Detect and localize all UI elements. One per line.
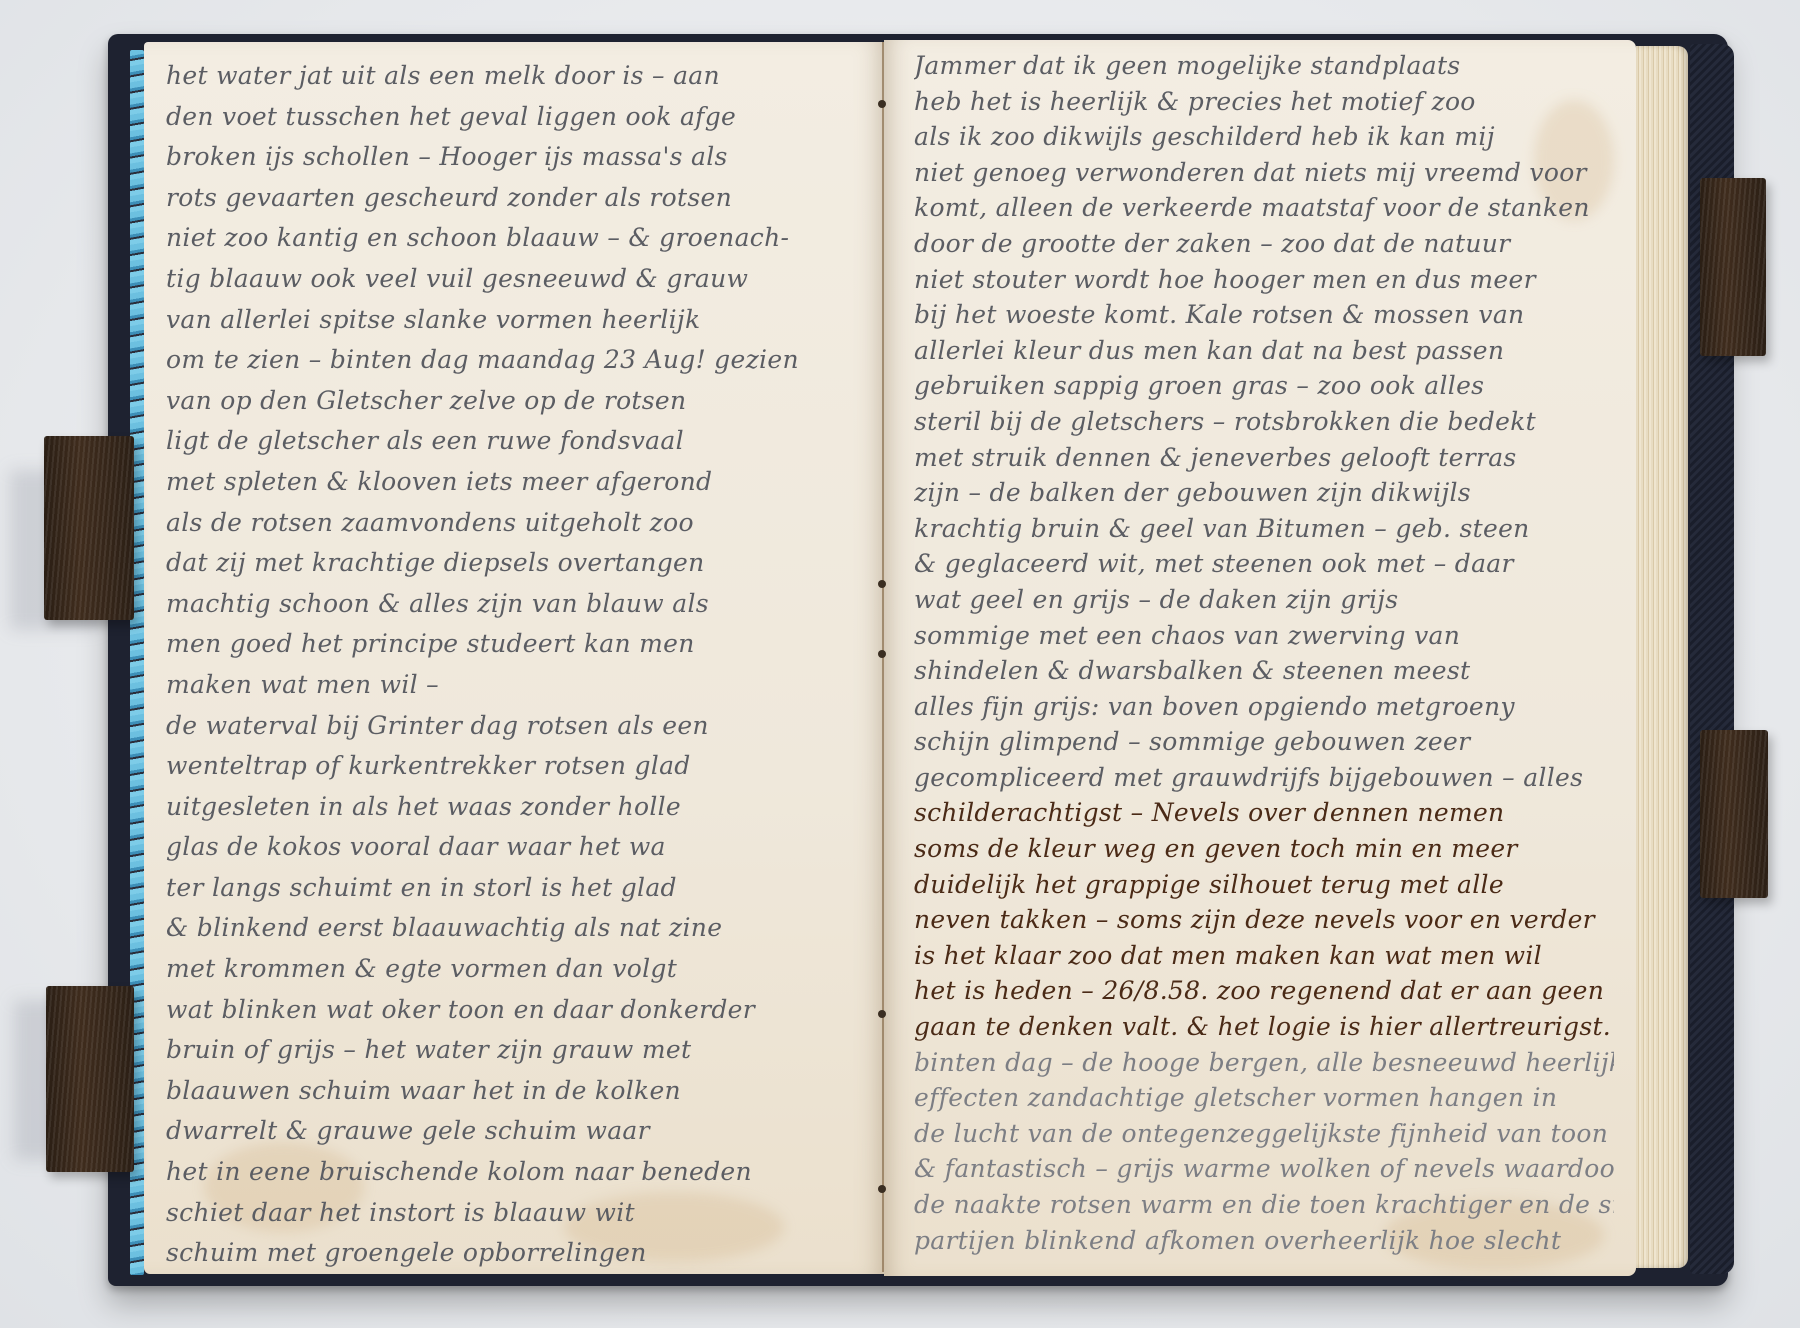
- handwritten-line: allerlei kleur dus men kan dat na best p…: [914, 333, 1614, 369]
- handwritten-line: het in eene bruischende kolom naar bened…: [166, 1152, 846, 1193]
- handwritten-line-ink: het is heden – 26/8.58. zoo regenend dat…: [914, 973, 1614, 1009]
- handwritten-line: schuim met groengele opborrelingen: [166, 1233, 846, 1274]
- handwritten-line: schiet daar het instort is blaauw wit: [166, 1193, 846, 1234]
- handwritten-line: & geglaceerd wit, met steenen ook met – …: [914, 546, 1614, 582]
- leather-clasp-right-lower: [1700, 730, 1768, 898]
- handwritten-line: effecten zandachtige gletscher vormen ha…: [914, 1080, 1614, 1116]
- handwritten-line: shindelen & dwarsbalken & steenen meest: [914, 653, 1614, 689]
- page-stack-edge: [1636, 46, 1688, 1268]
- handwritten-line: Jammer dat ik geen mogelijke standplaats: [914, 48, 1614, 84]
- handwritten-line: de waterval bij Grinter dag rotsen als e…: [166, 706, 846, 747]
- handwritten-line-ink: gaan te denken valt. & het logie is hier…: [914, 1009, 1614, 1045]
- handwritten-line: uitgesleten in als het waas zonder holle: [166, 787, 846, 828]
- handwritten-line: men goed het principe studeert kan men: [166, 624, 846, 665]
- handwritten-line: wat geel en grijs – de daken zijn grijs: [914, 582, 1614, 618]
- right-page-text: Jammer dat ik geen mogelijke standplaats…: [914, 48, 1614, 1258]
- binding-stitch: [878, 1010, 886, 1018]
- binding-stitch: [878, 650, 886, 658]
- left-page-text: het water jat uit als een melk door is –…: [166, 56, 846, 1274]
- handwritten-line: bruin of grijs – het water zijn grauw me…: [166, 1030, 846, 1071]
- handwritten-line: broken ijs schollen – Hooger ijs massa's…: [166, 137, 846, 178]
- leather-clasp-left-lower: [46, 986, 134, 1172]
- handwritten-line: rots gevaarten gescheurd zonder als rots…: [166, 178, 846, 219]
- handwritten-line: & blinkend eerst blaauwachtig als nat zi…: [166, 908, 846, 949]
- handwritten-line: krachtig bruin & geel van Bitumen – geb.…: [914, 511, 1614, 547]
- handwritten-line: & fantastisch – grijs warme wolken of ne…: [914, 1151, 1614, 1187]
- handwritten-line: partijen blinkend afkomen overheerlijk h…: [914, 1223, 1614, 1259]
- handwritten-line-ink: is het klaar zoo dat men maken kan wat m…: [914, 938, 1614, 974]
- handwritten-line: komt, alleen de verkeerde maatstaf voor …: [914, 190, 1614, 226]
- handwritten-line: tig blaauw ook veel vuil gesneeuwd & gra…: [166, 259, 846, 300]
- handwritten-line: als ik zoo dikwijls geschilderd heb ik k…: [914, 119, 1614, 155]
- handwritten-line: de naakte rotsen warm en die toen kracht…: [914, 1187, 1614, 1223]
- handwritten-line: machtig schoon & alles zijn van blauw al…: [166, 584, 846, 625]
- handwritten-line: met spleten & klooven iets meer afgerond: [166, 462, 846, 503]
- handwritten-line-ink: soms de kleur weg en geven toch min en m…: [914, 831, 1614, 867]
- handwritten-line: van allerlei spitse slanke vormen heerli…: [166, 300, 846, 341]
- binding-stitch: [878, 100, 886, 108]
- handwritten-line: maken wat men wil –: [166, 665, 846, 706]
- handwritten-line-ink: duidelijk het grappige silhouet terug me…: [914, 867, 1614, 903]
- handwritten-line: sommige met een chaos van zwerving van: [914, 618, 1614, 654]
- handwritten-line: de lucht van de ontegenzeggelijkste fijn…: [914, 1116, 1614, 1152]
- handwritten-line: met krommen & egte vormen dan volgt: [166, 949, 846, 990]
- handwritten-line: met struik dennen & jeneverbes gelooft t…: [914, 440, 1614, 476]
- handwritten-line: glas de kokos vooral daar waar het wa: [166, 827, 846, 868]
- leather-clasp-left-upper: [44, 436, 134, 620]
- handwritten-line: blaauwen schuim waar het in de kolken: [166, 1071, 846, 1112]
- handwritten-line: wat blinken wat oker toon en daar donker…: [166, 990, 846, 1031]
- handwritten-line: het water jat uit als een melk door is –…: [166, 56, 846, 97]
- handwritten-line-ink: schilderachtigst – Nevels over dennen ne…: [914, 795, 1614, 831]
- handwritten-line: zijn – de balken der gebouwen zijn dikwi…: [914, 475, 1614, 511]
- handwritten-line: gecompliceerd met grauwdrijfs bijgebouwe…: [914, 760, 1614, 796]
- handwritten-line: dat zij met krachtige diepsels overtange…: [166, 543, 846, 584]
- handwritten-line: steril bij de gletschers – rotsbrokken d…: [914, 404, 1614, 440]
- handwritten-line: dwarrelt & grauwe gele schuim waar: [166, 1111, 846, 1152]
- handwritten-line: binten dag – de hooge bergen, alle besne…: [914, 1045, 1614, 1081]
- handwritten-line: niet genoeg verwonderen dat niets mij vr…: [914, 155, 1614, 191]
- handwritten-line-ink: neven takken – soms zijn deze nevels voo…: [914, 902, 1614, 938]
- handwritten-line: van op den Gletscher zelve op de rotsen: [166, 381, 846, 422]
- handwritten-line: heb het is heerlijk & precies het motief…: [914, 84, 1614, 120]
- handwritten-line: wenteltrap of kurkentrekker rotsen glad: [166, 746, 846, 787]
- handwritten-line: schijn glimpend – sommige gebouwen zeer: [914, 724, 1614, 760]
- handwritten-line: ligt de gletscher als een ruwe fondsvaal: [166, 421, 846, 462]
- handwritten-line: den voet tusschen het geval liggen ook a…: [166, 97, 846, 138]
- handwritten-line: niet zoo kantig en schoon blaauw – & gro…: [166, 218, 846, 259]
- handwritten-line: als de rotsen zaamvondens uitgeholt zoo: [166, 503, 846, 544]
- binding-stitch: [878, 580, 886, 588]
- handwritten-line: niet stouter wordt hoe hooger men en dus…: [914, 262, 1614, 298]
- handwritten-line: door de grootte der zaken – zoo dat de n…: [914, 226, 1614, 262]
- leather-clasp-right-upper: [1700, 178, 1766, 356]
- handwritten-line: bij het woeste komt. Kale rotsen & mosse…: [914, 297, 1614, 333]
- handwritten-line: ter langs schuimt en in storl is het gla…: [166, 868, 846, 909]
- handwritten-line: om te zien – binten dag maandag 23 Aug! …: [166, 340, 846, 381]
- handwritten-line: alles fijn grijs: van boven opgiendo met…: [914, 689, 1614, 725]
- handwritten-line: gebruiken sappig groen gras – zoo ook al…: [914, 368, 1614, 404]
- binding-stitch: [878, 1185, 886, 1193]
